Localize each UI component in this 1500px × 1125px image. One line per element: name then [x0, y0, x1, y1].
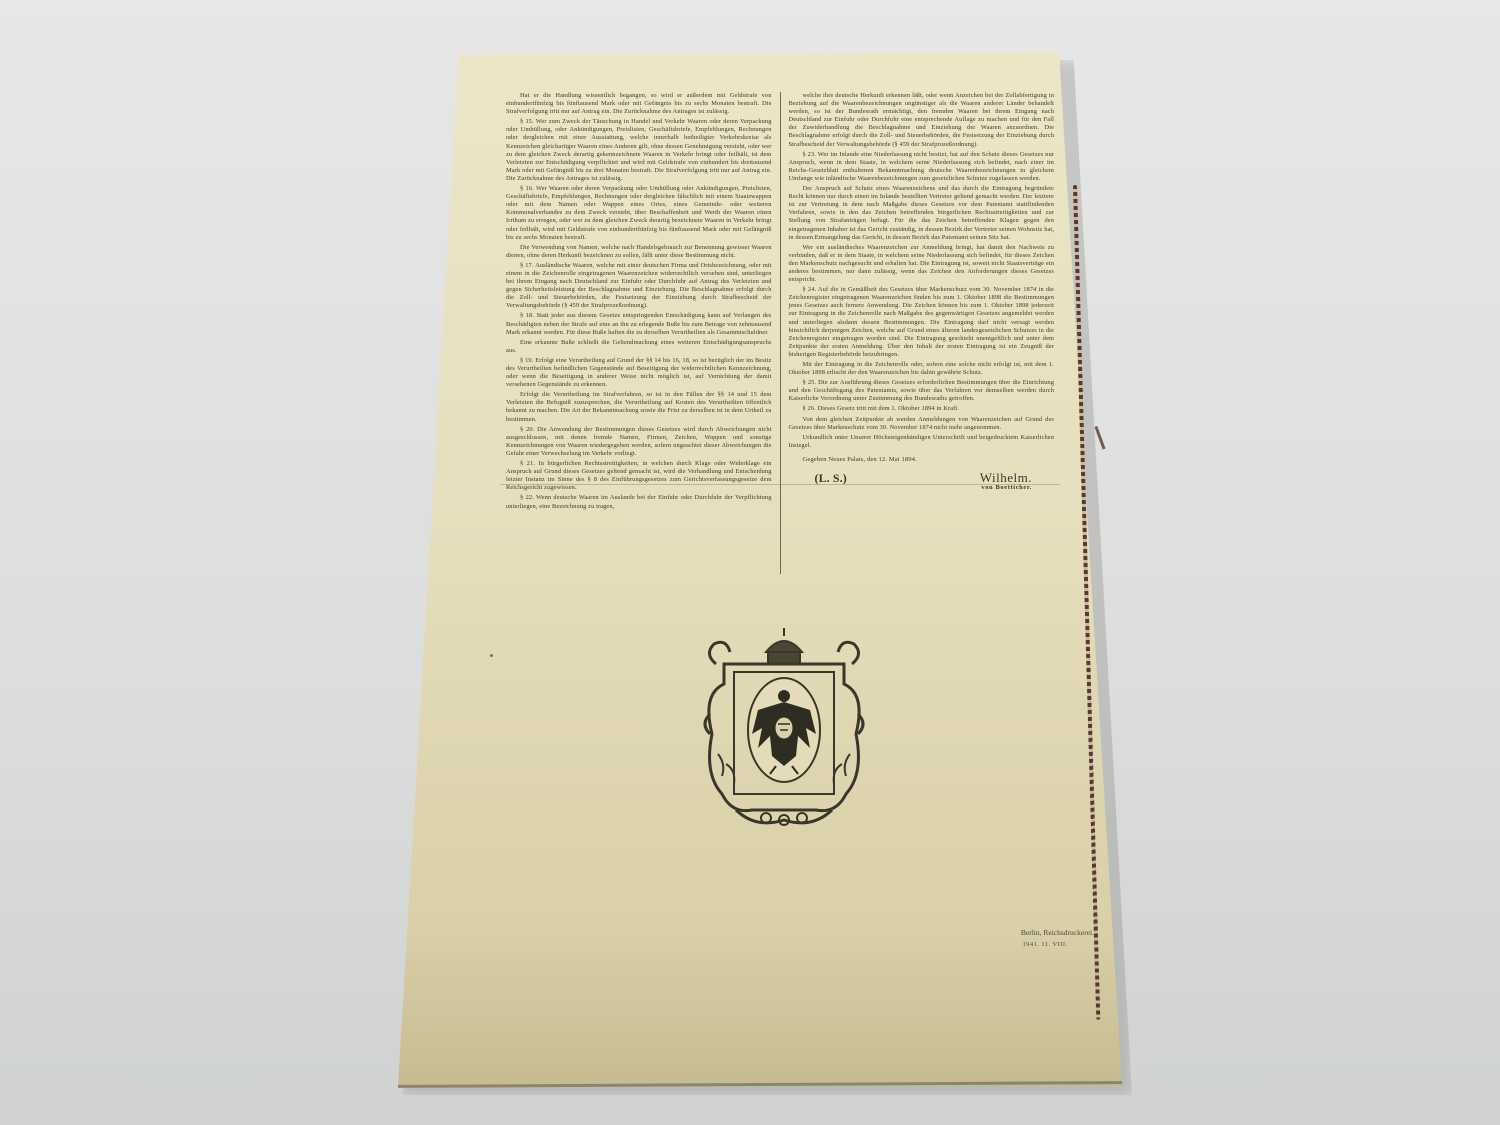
right-column-text: welche ihre deutsche Herkunft erkennen l… [788, 92, 1054, 450]
paragraph: Von dem gleichen Zeitpunkte ab werden An… [788, 416, 1054, 432]
countersignature: von Boetticher. [980, 484, 1032, 492]
printer-imprint: Berlin, Reichsdruckerei. 1941. 11. VIII. [990, 928, 1100, 952]
paragraph: § 25. Die zur Ausführung dieses Gesetzes… [788, 379, 1054, 403]
paragraph: § 24. Auf die in Gemäßheit des Gesetzes … [788, 286, 1054, 359]
paragraph: § 17. Ausländische Waaren, welche mit ei… [506, 262, 772, 311]
paragraph: § 18. Statt jeder aus diesem Gesetze ent… [506, 312, 772, 336]
paragraph: welche ihre deutsche Herkunft erkennen l… [788, 92, 1054, 149]
imperial-eagle-icon [696, 624, 872, 832]
paragraph: Der Anspruch auf Schutz eines Waarenzeic… [788, 185, 1054, 242]
paragraph: § 21. In bürgerlichen Rechtsstreitigkeit… [506, 460, 772, 492]
paragraph: Wer ein ausländisches Waarenzeichen zur … [788, 244, 1054, 284]
paragraph: § 16. Wer Waaren oder deren Verpackung o… [506, 185, 772, 242]
right-column: welche ihre deutsche Herkunft erkennen l… [782, 92, 1060, 574]
emperor-signature: Wilhelm. [980, 474, 1032, 482]
column-divider [780, 92, 781, 574]
given-at-line: Gegeben Neues Palais, den 12. Mai 1894. [788, 456, 1054, 464]
imprint-place: Berlin, Reichsdruckerei. [990, 928, 1100, 937]
paragraph: Erfolgt die Verurtheilung im Strafverfah… [506, 391, 772, 423]
text-columns: Hat er die Handlung wissentlich begangen… [500, 92, 1060, 574]
cord-tassel [1094, 420, 1120, 449]
paragraph: § 23. Wer im Inlande eine Niederlassung … [788, 151, 1054, 183]
paragraph: Hat er die Handlung wissentlich begangen… [506, 92, 772, 116]
paper-speck [490, 654, 493, 657]
paragraph: Die Verwendung von Namen, welche nach Ha… [506, 244, 772, 260]
paragraph: § 22. Wenn deutsche Waaren im Auslande b… [506, 494, 772, 510]
signature-block: Gegeben Neues Palais, den 12. Mai 1894. … [788, 456, 1054, 492]
paragraph: § 20. Die Anwendung der Bestimmungen die… [506, 426, 772, 458]
seal-mark: (L. S.) [814, 474, 846, 482]
paragraph: § 15. Wer zum Zweck der Täuschung in Han… [506, 118, 772, 183]
paragraph: Eine erkannte Buße schließt die Geltendm… [506, 339, 772, 355]
imprint-code: 1941. 11. VIII. [990, 941, 1100, 948]
paragraph: Urkundlich unter Unserer Höchsteigenhänd… [788, 434, 1054, 450]
paragraph: Mit der Eintragung in die Zeichenrolle o… [788, 361, 1054, 377]
paragraph: § 26. Dieses Gesetz tritt mit dem 1. Okt… [788, 405, 1054, 413]
fold-crease [500, 484, 1060, 485]
paragraph: § 19. Erfolgt eine Verurtheilung auf Gru… [506, 357, 772, 389]
left-column: Hat er die Handlung wissentlich begangen… [500, 92, 778, 574]
